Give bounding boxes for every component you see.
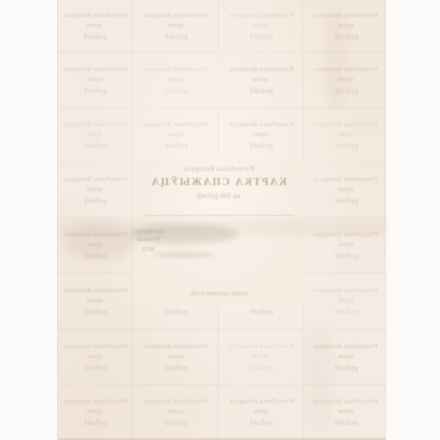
coupon-country-line: Рэспубліка Беларусь [313,121,377,128]
coupon-cell: Рэспубліка Беларусь купон рублёў [133,0,219,53]
coupon-label: купон [338,298,353,304]
coupon-country-line: Рэспубліка Беларусь [63,231,127,238]
coupon-country-line: Рэспубліка Беларусь [313,398,377,405]
coupon-denomination: рублёў [249,33,273,41]
coupon-denomination: рублёў [164,308,188,316]
coupon-cell: Рэспубліка Беларусь купон рублёў [304,273,387,330]
coupon-denomination: рублёў [249,142,273,150]
coupon-country-line: Рэспубліка Беларусь [143,398,207,405]
coupon-denomination: рублёў [164,364,188,372]
coupon-country-line: Рэспубліка Беларусь [313,231,377,238]
coupon-denomination: рублёў [334,252,358,260]
coupon-denomination: рублёў [83,197,107,205]
coupon-country-line: Рэспубліка Беларусь [63,12,127,19]
coupon-country-line: Рэспубліка Беларусь [63,66,127,73]
coupon-cell: Рэспубліка Беларусь купон рублёў [219,385,304,440]
coupon-cell: Рэспубліка Беларусь купон рублёў [304,53,387,108]
coupon-label: купон [253,77,268,83]
coupon-cell: Рэспубліка Беларусь купон рублёў [58,53,133,108]
coupon-label: купон [87,132,102,138]
coupon-label: купон [87,354,102,360]
card-title: КАРТКА СПАЖЫЎЦА [133,177,304,188]
coupon-cell: Рэспубліка Беларусь купон рублёў [133,385,219,440]
coupon-cell: Рэспубліка Беларусь купон рублёў [304,385,387,440]
coupon-country-line: Рэспубліка Беларусь [63,176,127,183]
seal-place-label: М.П. [141,246,155,253]
coupon-denomination: рублёў [83,252,107,260]
coupon-country-line: Рэспубліка Беларусь [229,12,293,19]
coupon-cell: Рэспубліка Беларусь купон рублёў [219,330,304,385]
form-field-institution: Установа [137,237,160,243]
consumer-card-block: Рэспубліка Беларусь КАРТКА СПАЖЫЎЦА на 1… [133,158,304,302]
coupon-cell: Рэспубліка Беларусь купон рублёў [304,218,387,273]
coupon-label: купон [338,187,353,193]
coupon-cell: Рэспубліка Беларусь купон рублёў [58,0,133,53]
coupon-country-line: Рэспубліка Беларусь [313,287,377,294]
coupon-label: купон [253,409,268,415]
coupon-denomination: рублёў [334,197,358,205]
coupon-cell: Рэспубліка Беларусь купон рублёў [58,273,133,330]
coupon-label: купон [253,354,268,360]
coupon-label: купон [338,132,353,138]
coupon-country-line: Рэспубліка Беларусь [313,343,377,350]
coupon-country-line: Рэспубліка Беларусь [63,121,127,128]
coupon-denomination: рублёў [164,419,188,427]
coupon-denomination: рублёў [83,419,107,427]
coupon-cell: Рэспубліка Беларусь купон рублёў [133,53,219,108]
coupon-label: купон [168,132,183,138]
coupon-denomination: рублёў [334,87,358,95]
coupon-country-line: Рэспубліка Беларусь [229,66,293,73]
coupon-country-line: Рэспубліка Беларусь [143,66,207,73]
coupon-denomination: рублёў [249,87,273,95]
coupon-label: купон [87,298,102,304]
coupon-label: купон [338,23,353,29]
coupon-label: купон [87,23,102,29]
coupon-cell: Рэспубліка Беларусь купон рублёў [133,330,219,385]
coupon-denomination: рублёў [83,142,107,150]
card-footer-line: подпіс адказнай асобы [133,291,304,297]
coupon-cell: Рэспубліка Беларусь купон рублёў [58,163,133,218]
coupon-cell: Рэспубліка Беларусь купон рублёў [304,0,387,53]
coupon-country-line: Рэспубліка Беларусь [63,343,127,350]
coupon-cell: Рэспубліка Беларусь купон рублёў [133,108,219,163]
coupon-cell: Рэспубліка Беларусь купон рублёў [58,108,133,163]
coupon-label: купон [87,77,102,83]
coupon-denomination: рублёў [249,308,273,316]
coupon-cell: Рэспубліка Беларусь купон рублёў [304,108,387,163]
coupon-cell: Рэспубліка Беларусь купон рублёў [304,330,387,385]
coupon-denomination: рублёў [164,142,188,150]
coupon-denomination: рублёў [334,142,358,150]
coupon-cell: Рэспубліка Беларусь купон рублёў [219,0,304,53]
coupon-country-line: Рэспубліка Беларусь [229,398,293,405]
coupon-label: купон [168,23,183,29]
card-country-line: Рэспубліка Беларусь [133,165,304,173]
coupon-label: купон [168,77,183,83]
coupon-denomination: рублёў [83,364,107,372]
coupon-denomination: рублёў [83,33,107,41]
coupon-denomination: рублёў [334,364,358,372]
coupon-label: купон [338,354,353,360]
coupon-label: купон [168,354,183,360]
coupon-denomination: рублёў [249,419,273,427]
coupon-country-line: Рэспубліка Беларусь [143,121,207,128]
coupon-label: купон [87,409,102,415]
coupon-label: купон [87,187,102,193]
coupon-denomination: рублёў [334,419,358,427]
coupon-label: купон [168,409,183,415]
form-field-surname: Прозвішча [137,229,165,235]
coupon-cell: Рэспубліка Беларусь купон рублёў [219,53,304,108]
coupon-label: купон [338,409,353,415]
coupon-country-line: Рэспубліка Беларусь [143,343,207,350]
coupon-country-line: Рэспубліка Беларусь [229,343,293,350]
coupon-cell: Рэспубліка Беларусь купон рублёў [58,330,133,385]
coupon-country-line: Рэспубліка Беларусь [63,398,127,405]
coupon-denomination: рублёў [164,33,188,41]
coupon-label: купон [253,132,268,138]
card-denomination: на 100 рублёў [133,191,304,200]
coupon-label: купон [87,242,102,248]
coupon-cell: Рэспубліка Беларусь купон рублёў [58,385,133,440]
coupon-denomination: рублёў [249,364,273,372]
paper-sheet: Рэспубліка Беларусь купон рублёў Рэспубл… [57,0,386,440]
coupon-label: купон [338,77,353,83]
scanned-document: Рэспубліка Беларусь купон рублёў Рэспубл… [0,0,440,440]
coupon-country-line: Рэспубліка Беларусь [229,121,293,128]
coupon-denomination: рублёў [83,87,107,95]
coupon-label: купон [253,23,268,29]
coupon-cell: Рэспубліка Беларусь купон рублёў [304,163,387,218]
form-fields: Прозвішча Установа [137,228,165,244]
coupon-country-line: Рэспубліка Беларусь [313,66,377,73]
coupon-country-line: Рэспубліка Беларусь [143,12,207,19]
coupon-cell: Рэспубліка Беларусь купон рублёў [58,218,133,273]
coupon-label: купон [338,242,353,248]
coupon-country-line: Рэспубліка Беларусь [313,176,377,183]
coupon-denomination: рублёў [334,33,358,41]
coupon-country-line: Рэспубліка Беларусь [63,287,127,294]
form-line [143,215,294,216]
coupon-cell: Рэспубліка Беларусь купон рублёў [219,108,304,163]
coupon-country-line: Рэспубліка Беларусь [313,12,377,19]
coupon-denomination: рублёў [334,308,358,316]
coupon-denomination: рублёў [83,308,107,316]
coupon-denomination: рублёў [164,87,188,95]
